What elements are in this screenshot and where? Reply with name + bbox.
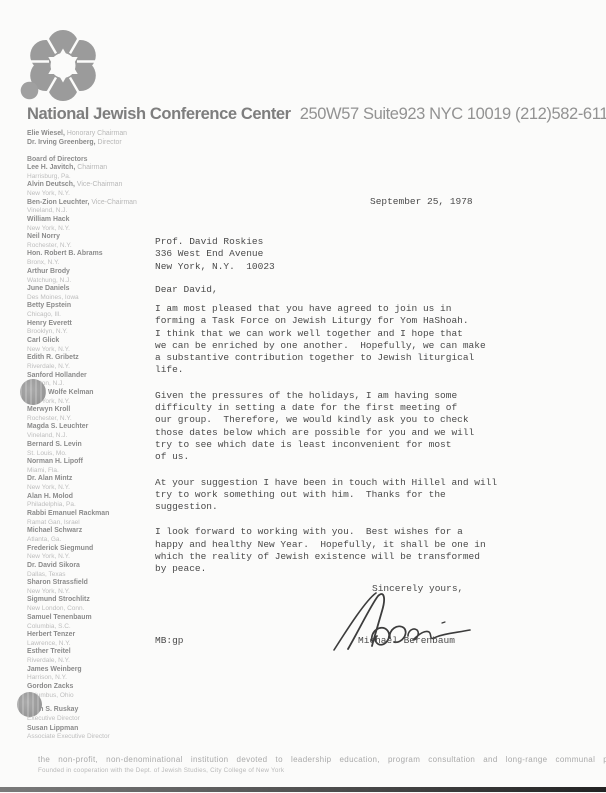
board-member: Esther Treitel Riverdale, N.Y. — [27, 648, 159, 665]
board-member: Norman H. Lipoff Miami, Fla. — [27, 458, 159, 475]
top-officers-list: Elie Wiesel,Honorary Chairman Dr. Irving… — [27, 129, 159, 147]
board-member: Merwyn Kroll Rochester, N.Y. — [27, 406, 159, 423]
letter-date: September 25, 1978 — [370, 196, 473, 208]
logo-dot — [21, 82, 39, 100]
staff-list: John S. Ruskay Executive Director Susan … — [27, 706, 159, 742]
board-member: Frederick Siegmund New York, N.Y. — [27, 545, 159, 562]
board-member: June Daniels Des Moines, Iowa — [27, 285, 159, 302]
board-member: Arthur Brody Watchung, N.J. — [27, 268, 159, 285]
board-member: Betty Epstein Chicago, Ill. — [27, 302, 159, 319]
hole-punch-mark — [17, 692, 42, 717]
board-member: Bernard S. Levin St. Louis, Mo. — [27, 441, 159, 458]
paragraph: I look forward to working with you. Best… — [155, 526, 605, 575]
paragraph: Given the pressures of the holidays, I a… — [155, 390, 605, 464]
board-member: Michael Schwarz Atlanta, Ga. — [27, 527, 159, 544]
scan-bottom-edge — [0, 787, 606, 792]
board-member: Samuel Tenenbaum Columbia, S.C. — [27, 614, 159, 631]
board-member: Henry Everett Brooklyn, N.Y. — [27, 320, 159, 337]
org-header: National Jewish Conference Center250W57 … — [27, 105, 606, 124]
board-member: Alan H. Molod Philadelphia, Pa. — [27, 493, 159, 510]
recipient-address: Prof. David Roskies 336 West End Avenue … — [155, 236, 275, 273]
footer-mission-line: the non-profit, non-denominational insti… — [38, 755, 583, 764]
board-member: James Weinberg Harrison, N.Y. — [27, 666, 159, 683]
board-sidebar: Elie Wiesel,Honorary Chairman Dr. Irving… — [27, 129, 159, 743]
signed-name: Michael Berenbaum — [358, 635, 455, 647]
board-member: Sharon Strassfield New York, N.Y. — [27, 579, 159, 596]
board-member: Herbert Tenzer Lawrence, N.Y. — [27, 631, 159, 648]
board-member: Hon. Robert B. Abrams Bronx, N.Y. — [27, 250, 159, 267]
paragraph: At your suggestion I have been in touch … — [155, 477, 605, 514]
board-of-directors-label: Board of Directors — [27, 155, 159, 164]
footer-founded-line: Founded in cooperation with the Dept. of… — [38, 767, 583, 774]
staff-member: John S. Ruskay Executive Director — [27, 706, 159, 723]
staff-member: Susan Lippman Associate Executive Direct… — [27, 725, 159, 742]
typist-initials: MB:gp — [155, 635, 184, 647]
board-member: Lee H. Javitch,Chairman Harrisburg, Pa. — [27, 164, 159, 181]
letter-body: I am most pleased that you have agreed t… — [155, 303, 605, 589]
board-member: Dr. David Sikora Dallas, Texas — [27, 562, 159, 579]
salutation: Dear David, — [155, 284, 218, 296]
board-member: Magda S. Leuchter Vineland, N.J. — [27, 423, 159, 440]
paragraph: I am most pleased that you have agreed t… — [155, 303, 605, 377]
officer-line: Elie Wiesel,Honorary Chairman — [27, 129, 159, 138]
org-name: National Jewish Conference Center — [27, 105, 291, 123]
board-member: Rabbi Emanuel Rackman Ramat Gan, Israel — [27, 510, 159, 527]
board-member: Alvin Deutsch,Vice-Chairman New York, N.… — [27, 181, 159, 198]
board-member: Sigmund Strochlitz New London, Conn. — [27, 596, 159, 613]
star-of-david-flower-logo-icon — [20, 26, 102, 106]
board-member: Edith R. Gribetz Riverdale, N.Y. — [27, 354, 159, 371]
org-address: 250W57 Suite923 NYC 10019 (212)582-6116 — [300, 105, 606, 123]
board-member: Rabbi Wolfe Kelman New York, N.Y. — [27, 389, 159, 406]
board-list: Lee H. Javitch,Chairman Harrisburg, Pa. … — [27, 164, 159, 700]
board-member: Gordon Zacks Columbus, Ohio — [27, 683, 159, 700]
board-member: Carl Glick New York, N.Y. — [27, 337, 159, 354]
board-member: Dr. Alan Mintz New York, N.Y. — [27, 475, 159, 492]
hole-punch-mark — [20, 379, 46, 405]
board-member: William Hack New York, N.Y. — [27, 216, 159, 233]
officer-line: Dr. Irving Greenberg,Director — [27, 138, 159, 147]
board-member: Sanford Hollander Newton, N.J. — [27, 372, 159, 389]
board-member: Ben-Zion Leuchter,Vice-Chairman Vineland… — [27, 199, 159, 216]
board-member: Neil Norry Rochester, N.Y. — [27, 233, 159, 250]
letter-page: National Jewish Conference Center250W57 … — [0, 0, 606, 793]
